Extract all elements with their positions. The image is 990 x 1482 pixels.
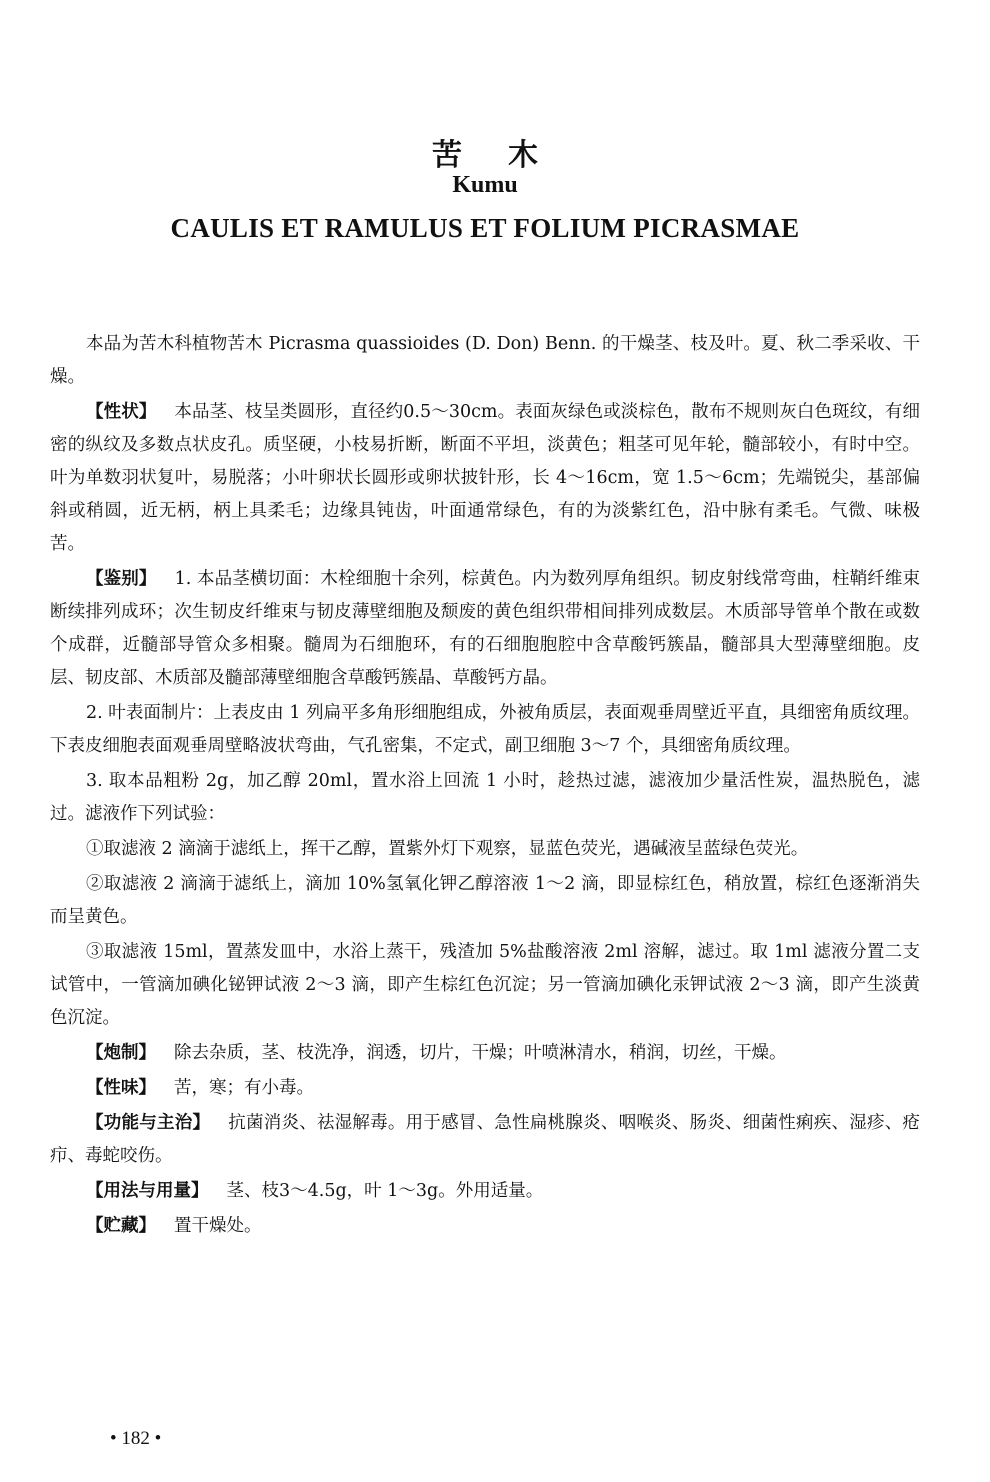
section-label: 【贮藏】 — [86, 1216, 156, 1236]
section-text: 置干燥处。 — [174, 1216, 262, 1236]
section-characters: 【性状】本品茎、枝呈类圆形，直径约0.5～30cm。表面灰绿色或淡棕色，散布不规… — [50, 396, 920, 561]
intro-paragraph: 本品为苦木科植物苦木 Picrasma quassioides (D. Don)… — [50, 328, 920, 394]
title-pinyin: Kumu — [50, 172, 920, 199]
identification-test-1: ①取滤液 2 滴滴于滤纸上，挥干乙醇，置紫外灯下观察，显蓝色荧光，遇碱液呈蓝绿色… — [50, 833, 920, 866]
section-label: 【性状】 — [86, 402, 156, 422]
section-label: 【用法与用量】 — [86, 1181, 209, 1201]
section-label: 【性味】 — [86, 1078, 156, 1098]
identification-test-3: ③取滤液 15ml，置蒸发皿中，水浴上蒸干，残渣加 5%盐酸溶液 2ml 溶解，… — [50, 936, 920, 1035]
section-functions: 【功能与主治】抗菌消炎、祛湿解毒。用于感冒、急性扁桃腺炎、咽喉炎、肠炎、细菌性痢… — [50, 1107, 920, 1173]
section-text: 除去杂质，茎、枝洗净，润透，切片，干燥；叶喷淋清水，稍润，切丝，干燥。 — [174, 1043, 787, 1063]
section-label: 【功能与主治】 — [86, 1113, 210, 1133]
section-property-flavor: 【性味】苦，寒；有小毒。 — [50, 1072, 920, 1105]
section-text: 茎、枝3～4.5g，叶 1～3g。外用适量。 — [227, 1181, 544, 1201]
section-text: 苦，寒；有小毒。 — [174, 1078, 314, 1098]
section-text: 本品茎、枝呈类圆形，直径约0.5～30cm。表面灰绿色或淡棕色，散布不规则灰白色… — [50, 402, 920, 554]
identification-item-1: 1. 本品茎横切面：木栓细胞十余列，棕黄色。内为数列厚角组织。韧皮射线常弯曲，柱… — [50, 569, 920, 688]
title-chinese: 苦木 — [50, 130, 920, 174]
section-label: 【炮制】 — [86, 1043, 156, 1063]
section-label: 【鉴别】 — [86, 569, 157, 589]
section-processing: 【炮制】除去杂质，茎、枝洗净，润透，切片，干燥；叶喷淋清水，稍润，切丝，干燥。 — [50, 1037, 920, 1070]
identification-test-2: ②取滤液 2 滴滴于滤纸上，滴加 10%氢氧化钾乙醇溶液 1～2 滴，即显棕红色… — [50, 868, 920, 934]
identification-item-3: 3. 取本品粗粉 2g，加乙醇 20ml，置水浴上回流 1 小时，趁热过滤，滤液… — [50, 765, 920, 831]
section-dosage: 【用法与用量】茎、枝3～4.5g，叶 1～3g。外用适量。 — [50, 1175, 920, 1208]
section-identification: 【鉴别】1. 本品茎横切面：木栓细胞十余列，棕黄色。内为数列厚角组织。韧皮射线常… — [50, 563, 920, 695]
title-latin: CAULIS ET RAMULUS ET FOLIUM PICRASMAE — [50, 213, 920, 244]
identification-item-2: 2. 叶表面制片：上表皮由 1 列扁平多角形细胞组成，外被角质层，表面观垂周壁近… — [50, 697, 920, 763]
page-number: • 182 • — [110, 1428, 161, 1450]
section-storage: 【贮藏】置干燥处。 — [50, 1210, 920, 1243]
monograph-body: 本品为苦木科植物苦木 Picrasma quassioides (D. Don)… — [50, 328, 920, 1243]
